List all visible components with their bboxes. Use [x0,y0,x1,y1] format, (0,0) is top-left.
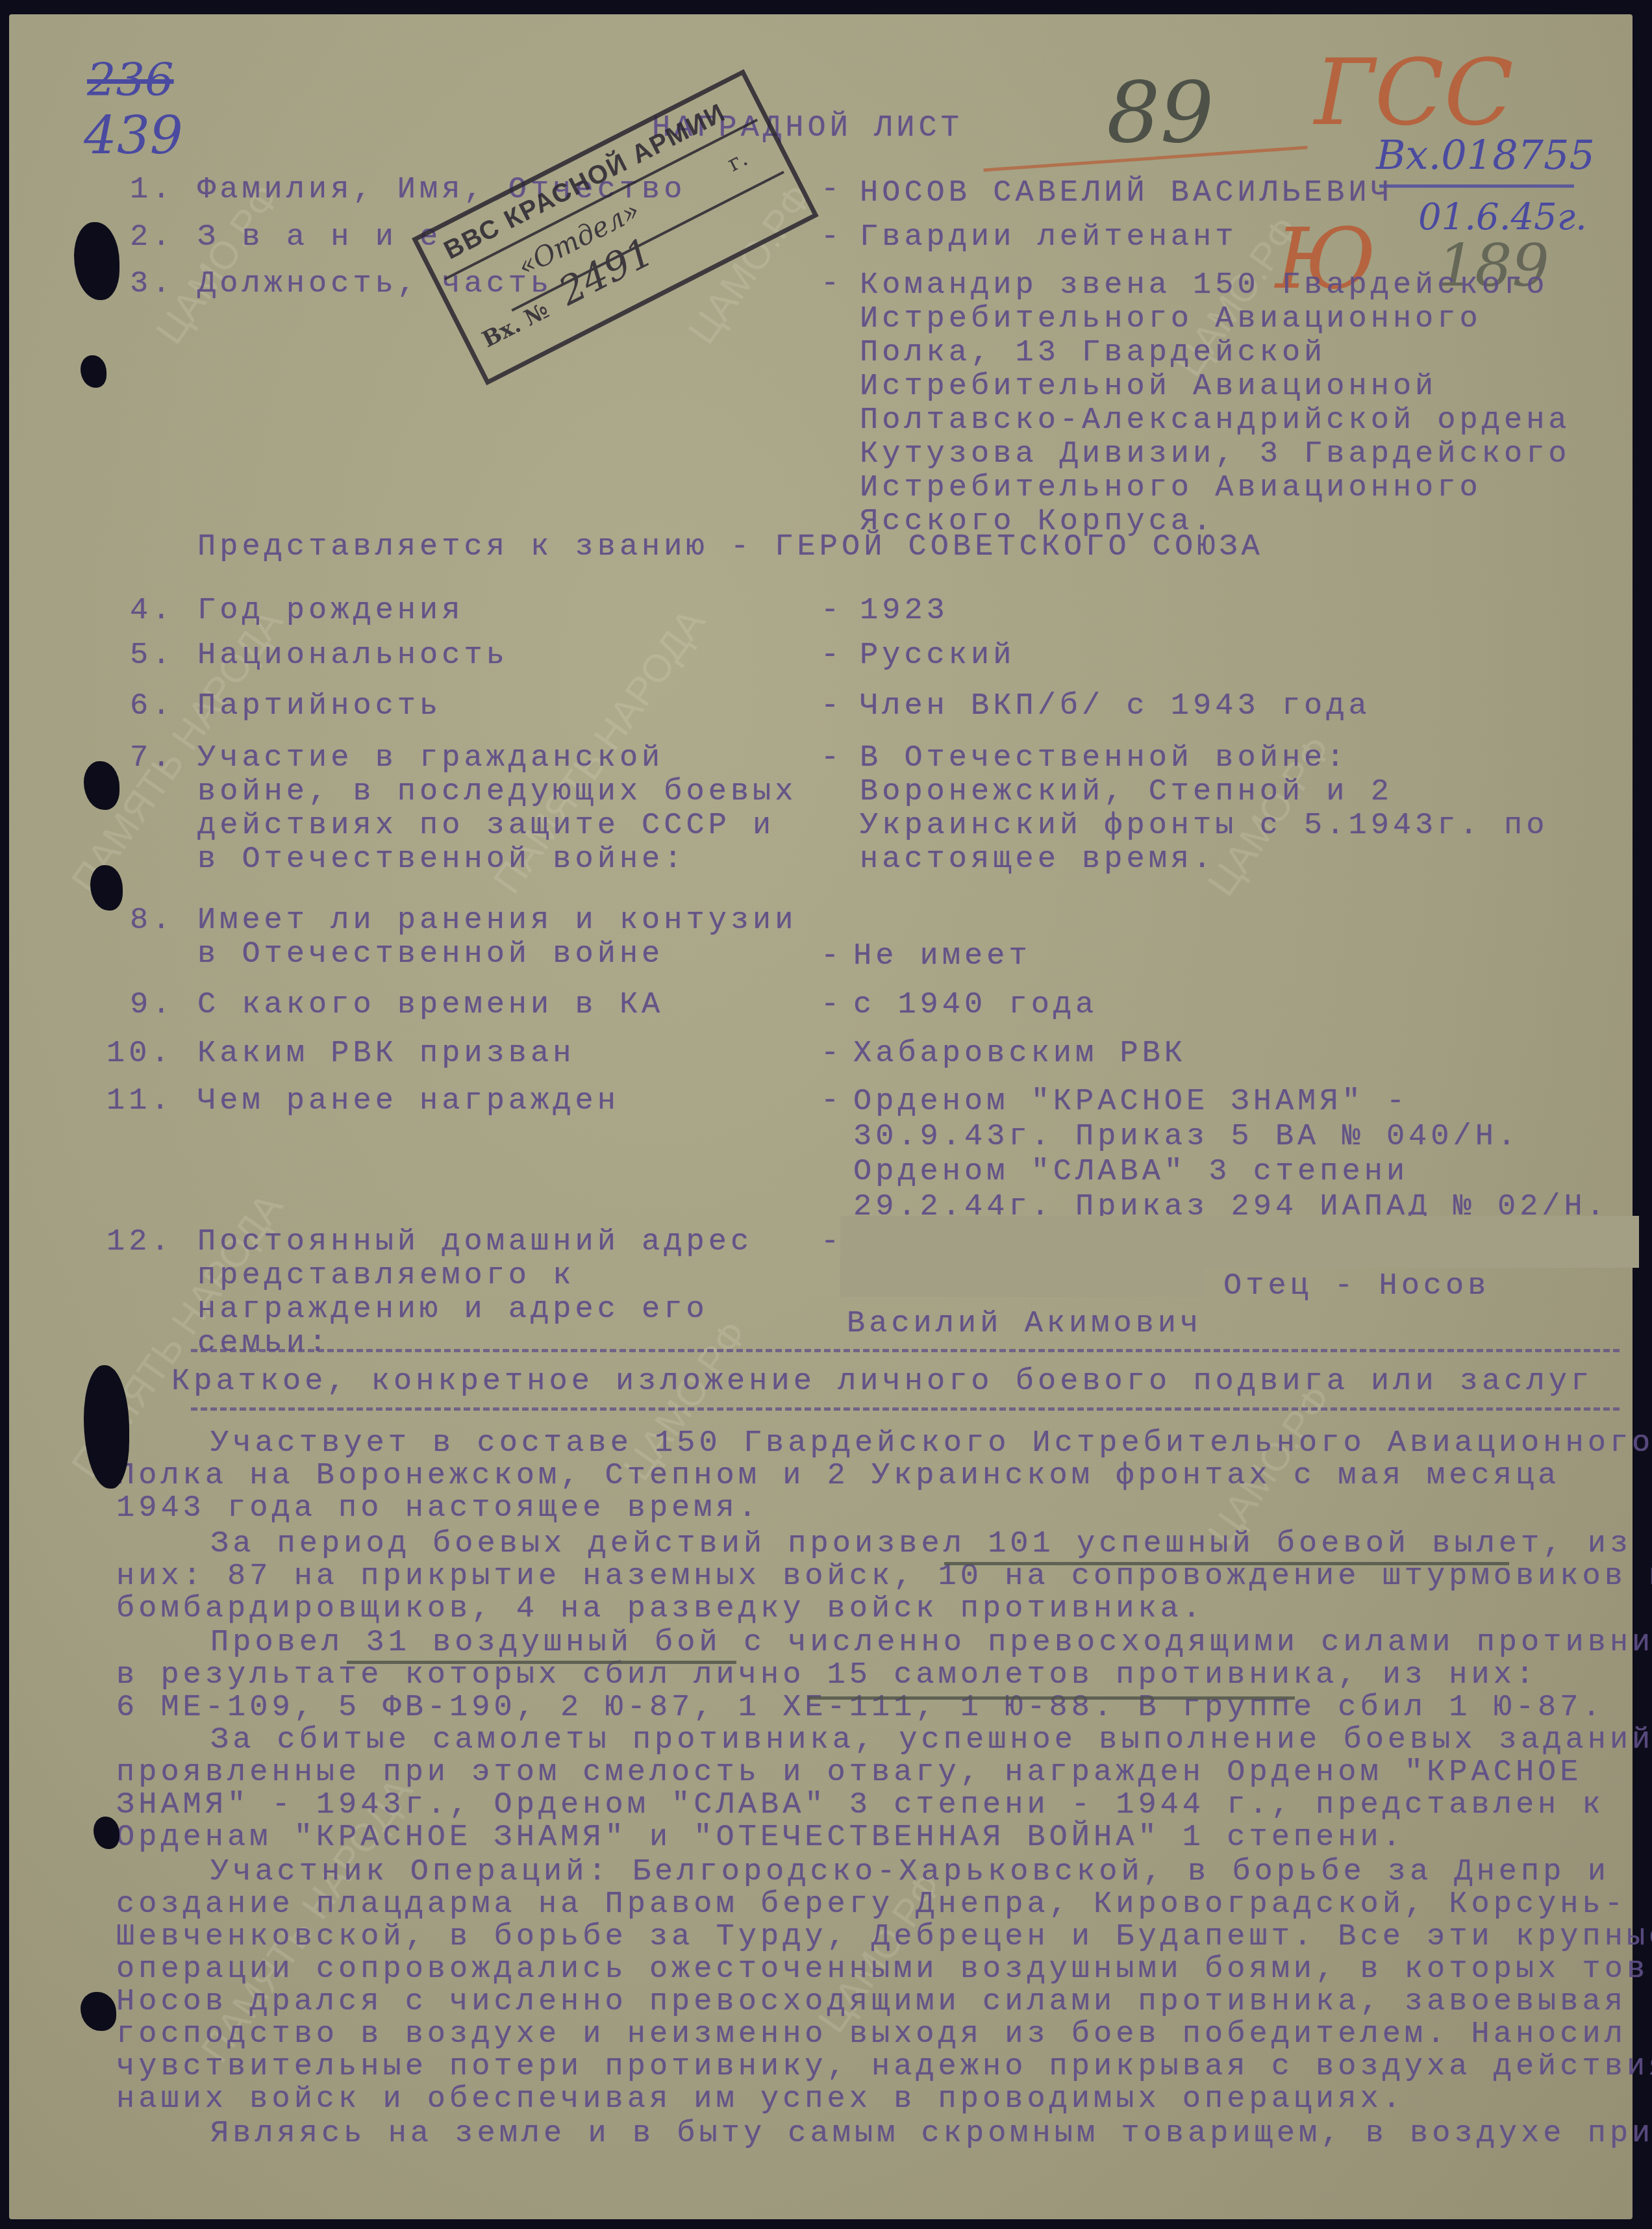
field-6-label: Партийность [197,690,442,723]
redacted-address-1 [840,1216,1639,1268]
field-8-label: Имеет ли ранения и контузии в Отечествен… [197,904,808,972]
archive-number: 439 [84,105,183,166]
field-10-number: 10. [106,1037,173,1070]
section-rule-top [191,1349,1620,1352]
section-rule-bottom [191,1407,1620,1411]
field-7-value: В Отечественной войне: Воронежский, Степ… [860,742,1626,877]
narrative-line: Участник Операций: Белгородско-Харьковск… [210,1856,1610,1889]
paper-damage [81,355,106,388]
field-2-label: З в а н и е [197,221,442,254]
field-5-number: 5. [130,639,174,672]
field-12-label: Постоянный домашний адрес представляемог… [197,1226,782,1361]
field-4-value: 1923 [860,594,949,627]
field-6-value: Член ВКП/б/ с 1943 года [860,690,1371,723]
narrative-line: создание плацдарма на Правом берегу Днеп… [116,1888,1627,1921]
field-12-value: Отец - Носов Василий Акимович [847,1268,1561,1343]
narrative-line: ЗНАМЯ" - 1943г., Орденом "СЛАВА" 3 степе… [116,1789,1605,1822]
registration-underline [1379,184,1574,188]
narrative-line: За сбитые самолеты противника, успешное … [210,1724,1652,1757]
pencil-underline [808,1696,1295,1700]
pencil-underline [347,1661,736,1664]
paper-damage [90,865,123,911]
paper-damage [94,1817,119,1849]
field-12-number: 12. [106,1226,173,1259]
stamp-number-label: Вх. № [478,297,553,353]
field-5-label: Национальность [197,639,508,672]
registration-stamp: ВВС КРАСНОЙ АРМИИ «Отдел» г. Вх. № 2491 [412,69,819,385]
field-7-number: 7. [130,742,174,775]
field-11-number: 11. [106,1085,173,1118]
narrative-line: в результате которых сбил лично 15 самол… [116,1659,1538,1692]
narrative-line: наших войск и обеспечивая им успех в про… [116,2083,1405,2116]
narrative-line: чувствительные потери противнику, надежн… [116,2050,1652,2084]
field-9-number: 9. [130,989,174,1022]
field-10-value: Хабаровским РВК [853,1037,1186,1070]
field-3-value: Командир звена 150 Гвардейского Истребит… [860,269,1633,539]
narrative-line: операции сопровождались ожесточенными во… [116,1953,1652,1986]
field-7-label: Участие в гражданской войне, в последующ… [197,742,808,877]
narrative-line: бомбардировщиков, 4 на разведку войск пр… [116,1593,1205,1626]
field-8-number: 8. [130,904,174,937]
field-1-value: НОСОВ САВЕЛИЙ ВАСИЛЬЕВИЧ [860,177,1393,210]
field-3-number: 3. [130,268,174,301]
field-1-number: 1. [130,173,174,207]
narrative-line: господство в воздухе и неизменно выходя … [116,2018,1627,2051]
field-6-number: 6. [130,690,174,723]
document-page: ЦАМО.РФ ЦАМО.РФ ЦАМО.РФ ПАМЯТЬ НАРОДА ПА… [9,14,1633,2219]
field-4-label: Год рождения [197,594,464,627]
narrative-line: Орденам "КРАСНОЕ ЗНАМЯ" и "ОТЕЧЕСТВЕННАЯ… [116,1821,1405,1854]
field-2-value: Гвардии лейтенант [860,221,1237,254]
stamp-suffix: г. [723,145,752,177]
field-10-label: Каким РВК призван [197,1037,575,1070]
field-2-number: 2. [130,221,174,254]
nomination-line: Представляется к званию - ГЕРОЙ СОВЕТСКО… [197,531,1264,564]
field-5-value: Русский [860,639,1015,672]
narrative-line: Носов дрался с численно превосходящими с… [116,1985,1627,2019]
section-heading: Краткое, конкретное изложение личного бо… [171,1365,1593,1398]
narrative-line: Провел 31 воздушный бой с численно прево… [210,1626,1652,1659]
field-11-label: Чем ранее награжден [197,1085,619,1118]
field-11-value: Орденом "КРАСНОЕ ЗНАМЯ" - 30.9.43г. Прик… [853,1085,1626,1225]
field-9-label: С какого времени в КА [197,989,664,1022]
registration-number: Вх.018755 [1376,131,1595,179]
paper-damage [81,1992,116,2031]
archive-number-struck: 236 [87,53,174,107]
field-9-value: с 1940 года [853,989,1097,1022]
red-mark-gss: ГСС [1314,40,1514,146]
paper-damage [84,761,119,810]
narrative-line: Участвует в составе 150 Гвардейского Ист… [210,1427,1652,1460]
narrative-line: За период боевых действий произвел 101 у… [210,1528,1632,1561]
narrative-line: Шевченковской, в борьбе за Турду, Дебрец… [116,1920,1652,1954]
paper-damage [74,222,119,300]
narrative-line: Являясь на земле и в быту самым скромным… [210,2117,1652,2150]
pencil-underline [944,1562,1509,1565]
field-4-number: 4. [130,594,174,627]
narrative-line: 1943 года по настоящее время. [116,1492,760,1525]
narrative-line: проявленные при этом смелость и отвагу, … [116,1756,1583,1789]
field-8-value: Не имеет [853,940,1031,973]
narrative-line: Полка на Воронежском, Степном и 2 Украин… [116,1459,1560,1492]
page-number-handwritten: 89 [1107,63,1214,162]
